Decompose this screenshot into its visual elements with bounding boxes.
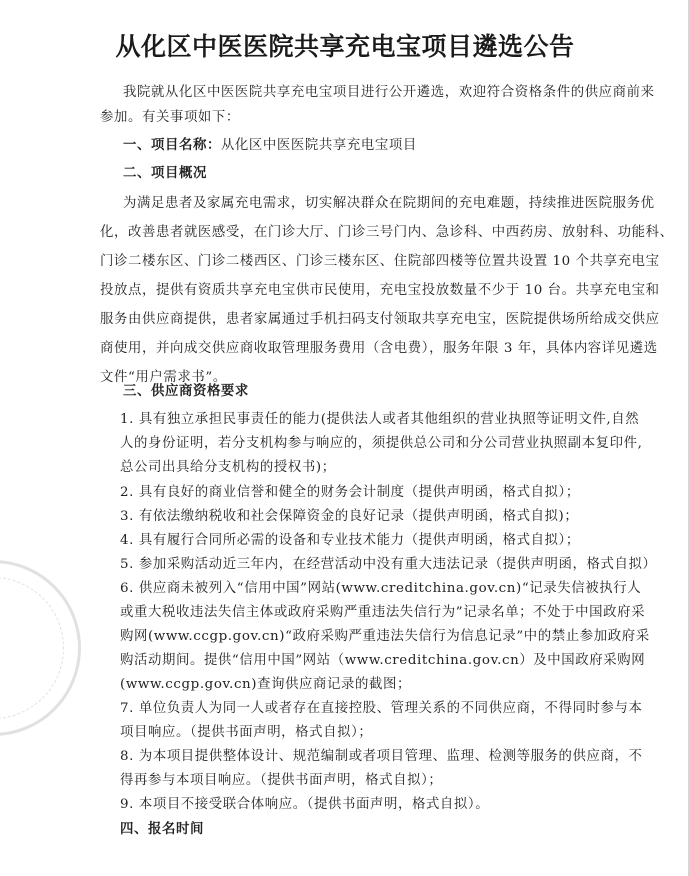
- requirement-6-line-1: 6. 供应商未被列入“信用中国”网站(www.creditchina.gov.c…: [120, 577, 641, 596]
- requirement-1-line-3: 总公司出具给分支机构的授权书)；: [120, 456, 336, 475]
- project-name: 从化区中医医院共享充电宝项目: [221, 138, 417, 153]
- section-4-heading: 四、报名时间: [120, 818, 204, 837]
- requirement-7-line-2: 项目响应。（提供书面声明，格式自拟）；: [120, 721, 372, 740]
- section-3-heading: 三、供应商资格要求: [123, 380, 249, 399]
- requirement-7-line-1: 7. 单位负责人为同一人或者存在直接控股、管理关系的不同供应商，不得同时参与本: [120, 697, 643, 716]
- official-seal-stamp: [0, 560, 81, 736]
- section-1: 一、项目名称：从化区中医医院共享充电宝项目: [123, 134, 417, 153]
- overview-line-4: 投放点，提供有资质共享充电宝供市民使用，充电宝投放数量不少于 10 台。共享充电…: [100, 279, 660, 298]
- overview-line-3: 门诊二楼东区、门诊二楼西区、门诊三楼东区、住院部四楼等位置共设置 10 个共享充…: [100, 250, 660, 269]
- requirement-8-line-2: 得再参与本项目响应。（提供书面声明，格式自拟）；: [120, 769, 442, 788]
- overview-line-5: 服务由供应商提供，患者家属通过手机扫码支付领取共享充电宝，医院提供场所给成交供应: [100, 308, 660, 327]
- section-2-heading: 二、项目概况: [123, 162, 207, 181]
- section-1-heading: 一、项目名称：: [123, 137, 221, 153]
- requirement-6-line-2: 或重大税收违法失信主体或政府采购严重违法失信行为”记录名单；不处于中国政府采: [120, 601, 645, 620]
- requirement-6-line-3: 购网(www.ccgp.gov.cn)“政府采购严重违法失信行为信息记录”中的禁…: [120, 625, 650, 644]
- intro-line-2: 参加。有关事项如下：: [100, 106, 240, 125]
- overview-line-1: 为满足患者及家属充电需求，切实解决群众在院期间的充电难题，持续推进医院服务优: [123, 192, 655, 211]
- requirement-8-line-1: 8. 为本项目提供整体设计、规范编制或者项目管理、监理、检测等服务的供应商，不: [120, 745, 643, 764]
- requirement-5: 5. 参加采购活动近三年内，在经营活动中没有重大违法记录（提供声明函，格式自拟）: [120, 553, 656, 572]
- overview-line-2: 化，改善患者就医感受，在门诊大厅、门诊三号门内、急诊科、中西药房、放射科、功能科…: [100, 221, 674, 240]
- requirement-6-line-5: (www.ccgp.gov.cn)查询供应商记录的截图；: [120, 673, 411, 692]
- document-page: 从化区中医医院共享充电宝项目遴选公告 我院就从化区中医医院共享充电宝项目进行公开…: [0, 0, 690, 876]
- requirement-2: 2. 具有良好的商业信誉和健全的财务会计制度（提供声明函，格式自拟）；: [120, 481, 580, 500]
- requirement-4: 4. 具有履行合同所必需的设备和专业技术能力（提供声明函，格式自拟）；: [120, 529, 580, 548]
- requirement-6-line-4: 购活动期间。提供“信用中国”网站（www.creditchina.gov.cn）…: [120, 649, 645, 668]
- document-title: 从化区中医医院共享充电宝项目遴选公告: [0, 27, 690, 63]
- requirement-9: 9. 本项目不接受联合体响应。（提供书面声明，格式自拟）。: [120, 793, 489, 812]
- intro-line-1: 我院就从化区中医医院共享充电宝项目进行公开遴选，欢迎符合资格条件的供应商前来: [123, 81, 655, 100]
- requirement-1-line-1: 1. 具有独立承担民事责任的能力(提供法人或者其他组织的营业执照等证明文件,自然: [120, 408, 639, 427]
- overview-line-6: 商使用，并向成交供应商收取管理服务费用（含电费），服务年限 3 年，具体内容详见…: [100, 337, 658, 356]
- requirement-3: 3. 有依法缴纳税收和社会保障资金的良好记录（提供声明函，格式自拟)；: [120, 505, 578, 524]
- requirement-1-line-2: 人的身份证明，若分支机构参与响应的，须提供总公司和分公司营业执照副本复印件,: [120, 432, 643, 451]
